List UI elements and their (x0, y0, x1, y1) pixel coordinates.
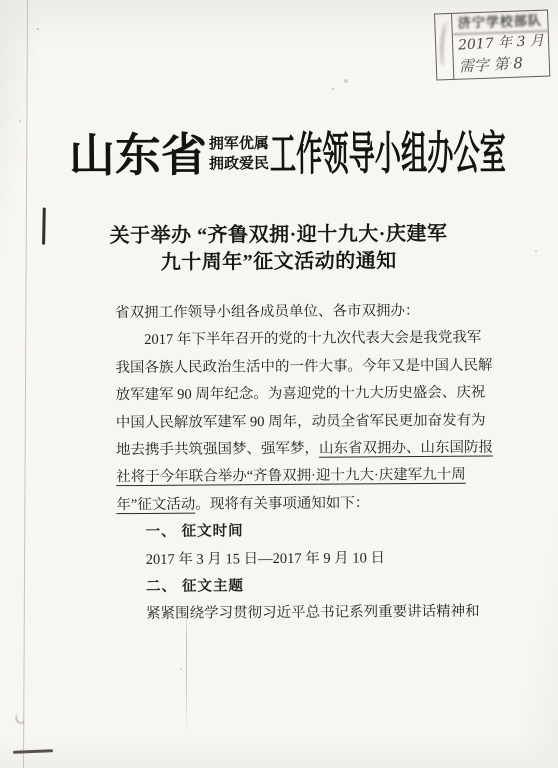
text-run: 地去携手共筑强国梦、强军梦， (116, 441, 319, 458)
text-run: 放军建军 90 周年纪念。为喜迎党的十九大历史盛会、庆祝 (116, 385, 486, 404)
text-run: 中国人民解放军建军 90 周年，动员全省军民更加奋发有为 (116, 412, 486, 431)
document-title-line1: 关于举办 “齐鲁双拥·迎十九大·庆建军 (0, 220, 558, 251)
doc-line: 中国人民解放军建军 90 周年，动员全省军民更加奋发有为 (116, 407, 506, 437)
doc-line: 二、 征文主题 (117, 571, 507, 601)
letterhead-stacked-bottom: 拥政爱民 (209, 154, 269, 174)
text-run: 一、 征文时间 (146, 524, 244, 541)
scanned-document-page: 济宁学校部队 2017 年 3 月 2 需字 第 8 山东省 拥军优属 拥政爱民… (0, 0, 558, 768)
text-run: 2017 年 3 月 15 日—2017 年 9 月 10 日 (146, 550, 385, 568)
underlined-text-run: 年”征文活动 (116, 496, 195, 513)
registration-stamp: 济宁学校部队 2017 年 3 月 2 需字 第 8 (434, 10, 550, 81)
text-run: 。现将有关事项通知如下： (195, 495, 369, 512)
letterhead-stacked-text: 拥军优属 拥政爱民 (209, 134, 269, 174)
document-content: 济宁学校部队 2017 年 3 月 2 需字 第 8 山东省 拥军优属 拥政爱民… (0, 0, 558, 768)
text-run: 紧紧围绕学习贯彻习近平总书记系列重要讲话精神和 (146, 604, 480, 622)
paper-crease-line (186, 608, 187, 736)
doc-line: 2017 年下半年召开的党的十九次代表大会是我党我军 (115, 325, 505, 355)
text-run: 省双拥工作领导小组各成员单位、各市双拥办： (115, 303, 420, 321)
text-run: 我国各族人民政治生活中的一件大事。今年又是中国人民解 (115, 357, 492, 376)
text-run: 二、 征文主题 (146, 578, 244, 595)
document-title: 关于举办 “齐鲁双拥·迎十九大·庆建军 九十周年”征文活动的通知 (0, 220, 558, 278)
doc-line: 放军建军 90 周年纪念。为喜迎党的十九大历史盛会、庆祝 (116, 380, 506, 410)
doc-line: 年”征文活动。现将有关事项通知如下： (116, 489, 506, 519)
letterhead-prefix: 山东省 (69, 128, 207, 183)
doc-line: 紧紧围绕学习贯彻习近平总书记系列重要讲话精神和 (117, 599, 507, 629)
stamp-handwritten-ref: 需字 第 8 (453, 52, 549, 78)
doc-line: 我国各族人民政治生活中的一件大事。今年又是中国人民解 (115, 352, 505, 382)
underlined-text-run: 山东省双拥办、山东国防报 (319, 440, 493, 457)
doc-line: 省双拥工作领导小组各成员单位、各市双拥办： (115, 297, 505, 327)
letterhead-stacked-top: 拥军优属 (209, 134, 269, 154)
document-title-line2: 九十周年”征文活动的通知 (0, 247, 558, 278)
doc-body: 省双拥工作领导小组各成员单位、各市双拥办：2017 年下半年召开的党的十九次代表… (115, 297, 507, 629)
text-run: 2017 年下半年召开的党的十九次代表大会是我党我军 (144, 330, 481, 348)
letterhead-suffix: 工作领导小组办公室 (270, 125, 506, 181)
underlined-text-run: 社将于今年联合举办“齐鲁双拥·迎十九大·庆建军九十周 (116, 467, 466, 485)
letterhead: 山东省 拥军优属 拥政爱民 工作领导小组办公室 (0, 0, 556, 2)
doc-line: 社将于今年联合举办“齐鲁双拥·迎十九大·庆建军九十周 (116, 462, 506, 492)
doc-line: 地去携手共筑强国梦、强军梦，山东省双拥办、山东国防报 (116, 434, 506, 464)
stamp-main-cell: 济宁学校部队 2017 年 3 月 2 需字 第 8 (452, 11, 549, 79)
doc-line: 一、 征文时间 (116, 517, 506, 547)
doc-line: 2017 年 3 月 15 日—2017 年 9 月 10 日 (117, 544, 507, 574)
